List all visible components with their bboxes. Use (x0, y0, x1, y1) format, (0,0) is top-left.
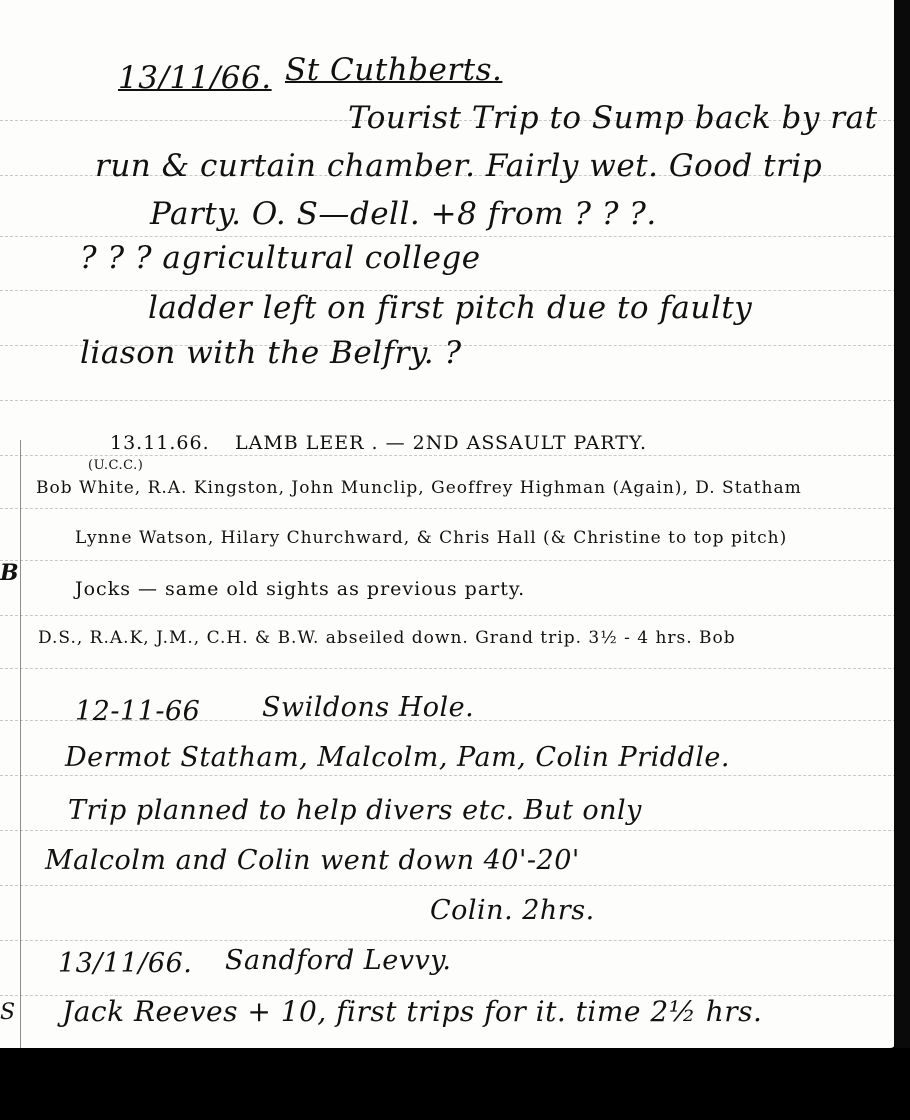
ruled-line (0, 885, 896, 886)
margin-note: S (0, 1000, 15, 1025)
ruled-line (0, 455, 896, 456)
ruled-line (0, 508, 896, 509)
entry-line: ladder left on first pitch due to faulty (148, 290, 752, 326)
entry-line: Lynne Watson, Hilary Churchward, & Chris… (75, 528, 787, 548)
entry-annotation: (U.C.C.) (88, 458, 143, 473)
entry-line: Jack Reeves + 10, first trips for it. ti… (62, 995, 762, 1028)
entry-line: Tourist Trip to Sump back by rat (348, 100, 878, 136)
entry-title: LAMB LEER . — 2ND ASSAULT PARTY. (235, 432, 647, 454)
entry-line: D.S., R.A.K, J.M., C.H. & B.W. abseiled … (38, 628, 736, 648)
margin-note: B (0, 560, 19, 586)
ruled-line (0, 615, 896, 616)
ruled-line (0, 236, 896, 237)
scan-bottom-border (0, 1048, 910, 1120)
entry-title: Swildons Hole. (262, 692, 474, 723)
entry-line: Trip planned to help divers etc. But onl… (68, 795, 642, 826)
entry-title: St Cuthberts. (285, 52, 502, 88)
ruled-line (0, 775, 896, 776)
ruled-line (0, 830, 896, 831)
entry-line: Bob White, R.A. Kingston, John Munclip, … (36, 478, 802, 498)
entry-title: Sandford Levvy. (225, 945, 451, 976)
entry-line: Dermot Statham, Malcolm, Pam, Colin Prid… (65, 742, 730, 773)
ruled-line (0, 940, 896, 941)
ruled-line (0, 668, 896, 669)
entry-line: liason with the Belfry. ? (80, 335, 462, 371)
page-binding-edge (894, 0, 910, 1050)
entry-signature: Colin. 2hrs. (430, 895, 595, 926)
logbook-page: 13/11/66. St Cuthberts. Tourist Trip to … (0, 0, 896, 1048)
entry-date: 13/11/66. (58, 948, 192, 979)
entry-line: run & curtain chamber. Fairly wet. Good … (95, 148, 822, 184)
entry-date: 13.11.66. (110, 432, 210, 454)
ruled-line (0, 560, 896, 561)
entry-line: ? ? ? agricultural college (80, 240, 481, 276)
entry-line: Party. O. S—dell. +8 from ? ? ?. (150, 196, 657, 232)
entry-date: 13/11/66. (118, 60, 272, 96)
entry-line: Jocks — same old sights as previous part… (75, 578, 525, 600)
entry-date: 12-11-66 (75, 696, 200, 727)
entry-line: Malcolm and Colin went down 40'-20' (45, 845, 580, 876)
ruled-line (0, 400, 896, 401)
margin-line (20, 440, 21, 1050)
